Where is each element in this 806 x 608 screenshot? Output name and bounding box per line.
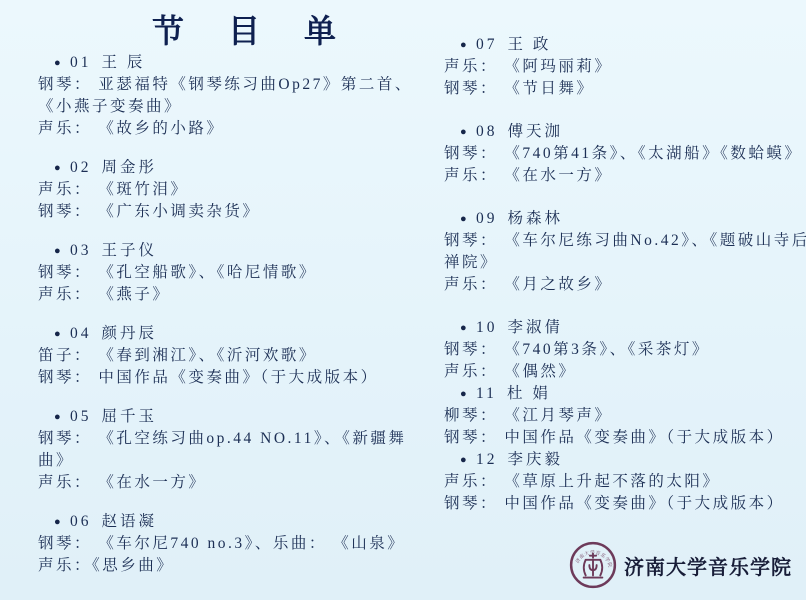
performer-number: 08: [476, 123, 498, 140]
performer-number: 11: [476, 385, 497, 402]
program-item: ●07王 政声乐： 《阿玛丽莉》钢琴： 《节日舞》: [444, 34, 806, 100]
institution-name: 济南大学音乐学院: [624, 551, 792, 580]
program-item-header: ●06赵语凝: [38, 511, 410, 533]
bullet-icon: ●: [54, 240, 70, 262]
program-item-header: ●02周金彤: [38, 157, 410, 179]
program-line: 钢琴： 《车尔尼740 no.3》、乐曲： 《山泉》: [38, 533, 410, 555]
program-line: 声乐： 《在水一方》: [444, 165, 806, 187]
bullet-icon: ●: [54, 157, 70, 179]
program-column-left: ●01王 辰钢琴： 亚瑟福特《钢琴练习曲Op27》第二首、《小燕子变奏曲》声乐：…: [38, 52, 410, 594]
bullet-icon: ●: [54, 52, 70, 74]
performer-name: 李淑倩: [508, 319, 564, 336]
bullet-icon: ●: [54, 323, 70, 345]
program-item: ●11杜 娟柳琴： 《江月琴声》钢琴： 中国作品《变奏曲》（于大成版本）: [444, 383, 806, 449]
program-line: 声乐： 《燕子》: [38, 284, 410, 306]
program-line: 钢琴： 《740第3条》、《采茶灯》: [444, 339, 806, 361]
performer-name: 颜丹辰: [102, 325, 158, 342]
program-item: ●02周金彤声乐： 《斑竹泪》钢琴： 《广东小调卖杂货》: [38, 157, 410, 223]
performer-name: 王子仪: [102, 242, 158, 259]
bullet-icon: ●: [460, 383, 476, 405]
performer-number: 10: [476, 319, 498, 336]
program-item-header: ●03王子仪: [38, 240, 410, 262]
program-item: ●06赵语凝钢琴： 《车尔尼740 no.3》、乐曲： 《山泉》声乐：《思乡曲》: [38, 511, 410, 577]
program-item-header: ●01王 辰: [38, 52, 410, 74]
program-line: 钢琴： 《节日舞》: [444, 78, 806, 100]
program-line: 钢琴： 中国作品《变奏曲》（于大成版本）: [38, 367, 410, 389]
performer-number: 06: [70, 513, 92, 530]
performer-name: 傅天泇: [508, 123, 564, 140]
performer-number: 05: [70, 408, 92, 425]
program-line: 声乐： 《故乡的小路》: [38, 118, 410, 140]
performer-name: 杨森林: [508, 210, 564, 227]
program-line: 钢琴： 《广东小调卖杂货》: [38, 201, 410, 223]
program-line: 声乐： 《阿玛丽莉》: [444, 56, 806, 78]
program-line: 曲》: [38, 450, 410, 472]
performer-name: 赵语凝: [102, 513, 158, 530]
program-line: 禅院》: [444, 252, 806, 274]
performer-number: 07: [476, 36, 498, 53]
performer-number: 12: [476, 451, 498, 468]
program-line: 声乐：《思乡曲》: [38, 555, 410, 577]
program-column-right: ●07王 政声乐： 《阿玛丽莉》钢琴： 《节日舞》●08傅天泇钢琴： 《740第…: [444, 34, 806, 515]
bullet-icon: ●: [460, 34, 476, 56]
program-line: 声乐： 《偶然》: [444, 361, 806, 383]
performer-number: 09: [476, 210, 498, 227]
program-line: 钢琴： 《孔空练习曲op.44 NO.11》、《新疆舞: [38, 428, 410, 450]
program-item-header: ●12李庆毅: [444, 449, 806, 471]
program-line: 钢琴： 中国作品《变奏曲》（于大成版本）: [444, 493, 806, 515]
performer-name: 李庆毅: [508, 451, 564, 468]
program-line: 柳琴： 《江月琴声》: [444, 405, 806, 427]
program-item-header: ●05屈千玉: [38, 406, 410, 428]
program-item: ●08傅天泇钢琴： 《740第41条》、《太湖船》《数蛤蟆》声乐： 《在水一方》: [444, 121, 806, 187]
program-item: ●04颜丹辰笛子： 《春到湘江》、《沂河欢歌》钢琴： 中国作品《变奏曲》（于大成…: [38, 323, 410, 389]
program-item-header: ●09杨森林: [444, 208, 806, 230]
program-item: ●10李淑倩钢琴： 《740第3条》、《采茶灯》声乐： 《偶然》: [444, 317, 806, 383]
program-line: 声乐： 《草原上升起不落的太阳》: [444, 471, 806, 493]
footer: 济南大学音乐学院 济南大学音乐学院: [568, 540, 792, 590]
program-line: 钢琴： 《孔空船歌》、《哈尼情歌》: [38, 262, 410, 284]
bullet-icon: ●: [54, 406, 70, 428]
program-line: 笛子： 《春到湘江》、《沂河欢歌》: [38, 345, 410, 367]
bullet-icon: ●: [460, 208, 476, 230]
performer-number: 04: [70, 325, 92, 342]
bullet-icon: ●: [460, 449, 476, 471]
performer-number: 01: [70, 54, 92, 71]
program-item-header: ●10李淑倩: [444, 317, 806, 339]
performer-name: 屈千玉: [102, 408, 158, 425]
performer-name: 王 政: [508, 36, 552, 53]
program-item: ●03王子仪钢琴： 《孔空船歌》、《哈尼情歌》声乐： 《燕子》: [38, 240, 410, 306]
program-page: 节 目 单 ●01王 辰钢琴： 亚瑟福特《钢琴练习曲Op27》第二首、《小燕子变…: [0, 0, 806, 600]
program-line: 《小燕子变奏曲》: [38, 96, 410, 118]
program-line: 声乐： 《在水一方》: [38, 472, 410, 494]
bullet-icon: ●: [460, 317, 476, 339]
bullet-icon: ●: [460, 121, 476, 143]
performer-name: 王 辰: [102, 54, 146, 71]
program-line: 声乐： 《月之故乡》: [444, 274, 806, 296]
page-title: 节 目 单: [152, 6, 354, 52]
program-line: 钢琴： 《740第41条》、《太湖船》《数蛤蟆》: [444, 143, 806, 165]
program-item-header: ●07王 政: [444, 34, 806, 56]
performer-number: 03: [70, 242, 92, 259]
program-line: 声乐： 《斑竹泪》: [38, 179, 410, 201]
performer-name: 杜 娟: [507, 385, 551, 402]
program-item: ●01王 辰钢琴： 亚瑟福特《钢琴练习曲Op27》第二首、《小燕子变奏曲》声乐：…: [38, 52, 410, 140]
program-line: 钢琴： 亚瑟福特《钢琴练习曲Op27》第二首、: [38, 74, 410, 96]
program-item-header: ●11杜 娟: [444, 383, 806, 405]
program-item: ●09杨森林钢琴： 《车尔尼练习曲No.42》、《题破山寺后禅院》声乐： 《月之…: [444, 208, 806, 296]
performer-number: 02: [70, 159, 92, 176]
program-item-header: ●08傅天泇: [444, 121, 806, 143]
program-item: ●12李庆毅声乐： 《草原上升起不落的太阳》钢琴： 中国作品《变奏曲》（于大成版…: [444, 449, 806, 515]
bullet-icon: ●: [54, 511, 70, 533]
program-item: ●05屈千玉钢琴： 《孔空练习曲op.44 NO.11》、《新疆舞曲》声乐： 《…: [38, 406, 410, 494]
university-seal-icon: 济南大学音乐学院: [568, 540, 618, 590]
program-line: 钢琴： 《车尔尼练习曲No.42》、《题破山寺后: [444, 230, 806, 252]
program-item-header: ●04颜丹辰: [38, 323, 410, 345]
performer-name: 周金彤: [102, 159, 158, 176]
program-line: 钢琴： 中国作品《变奏曲》（于大成版本）: [444, 427, 806, 449]
